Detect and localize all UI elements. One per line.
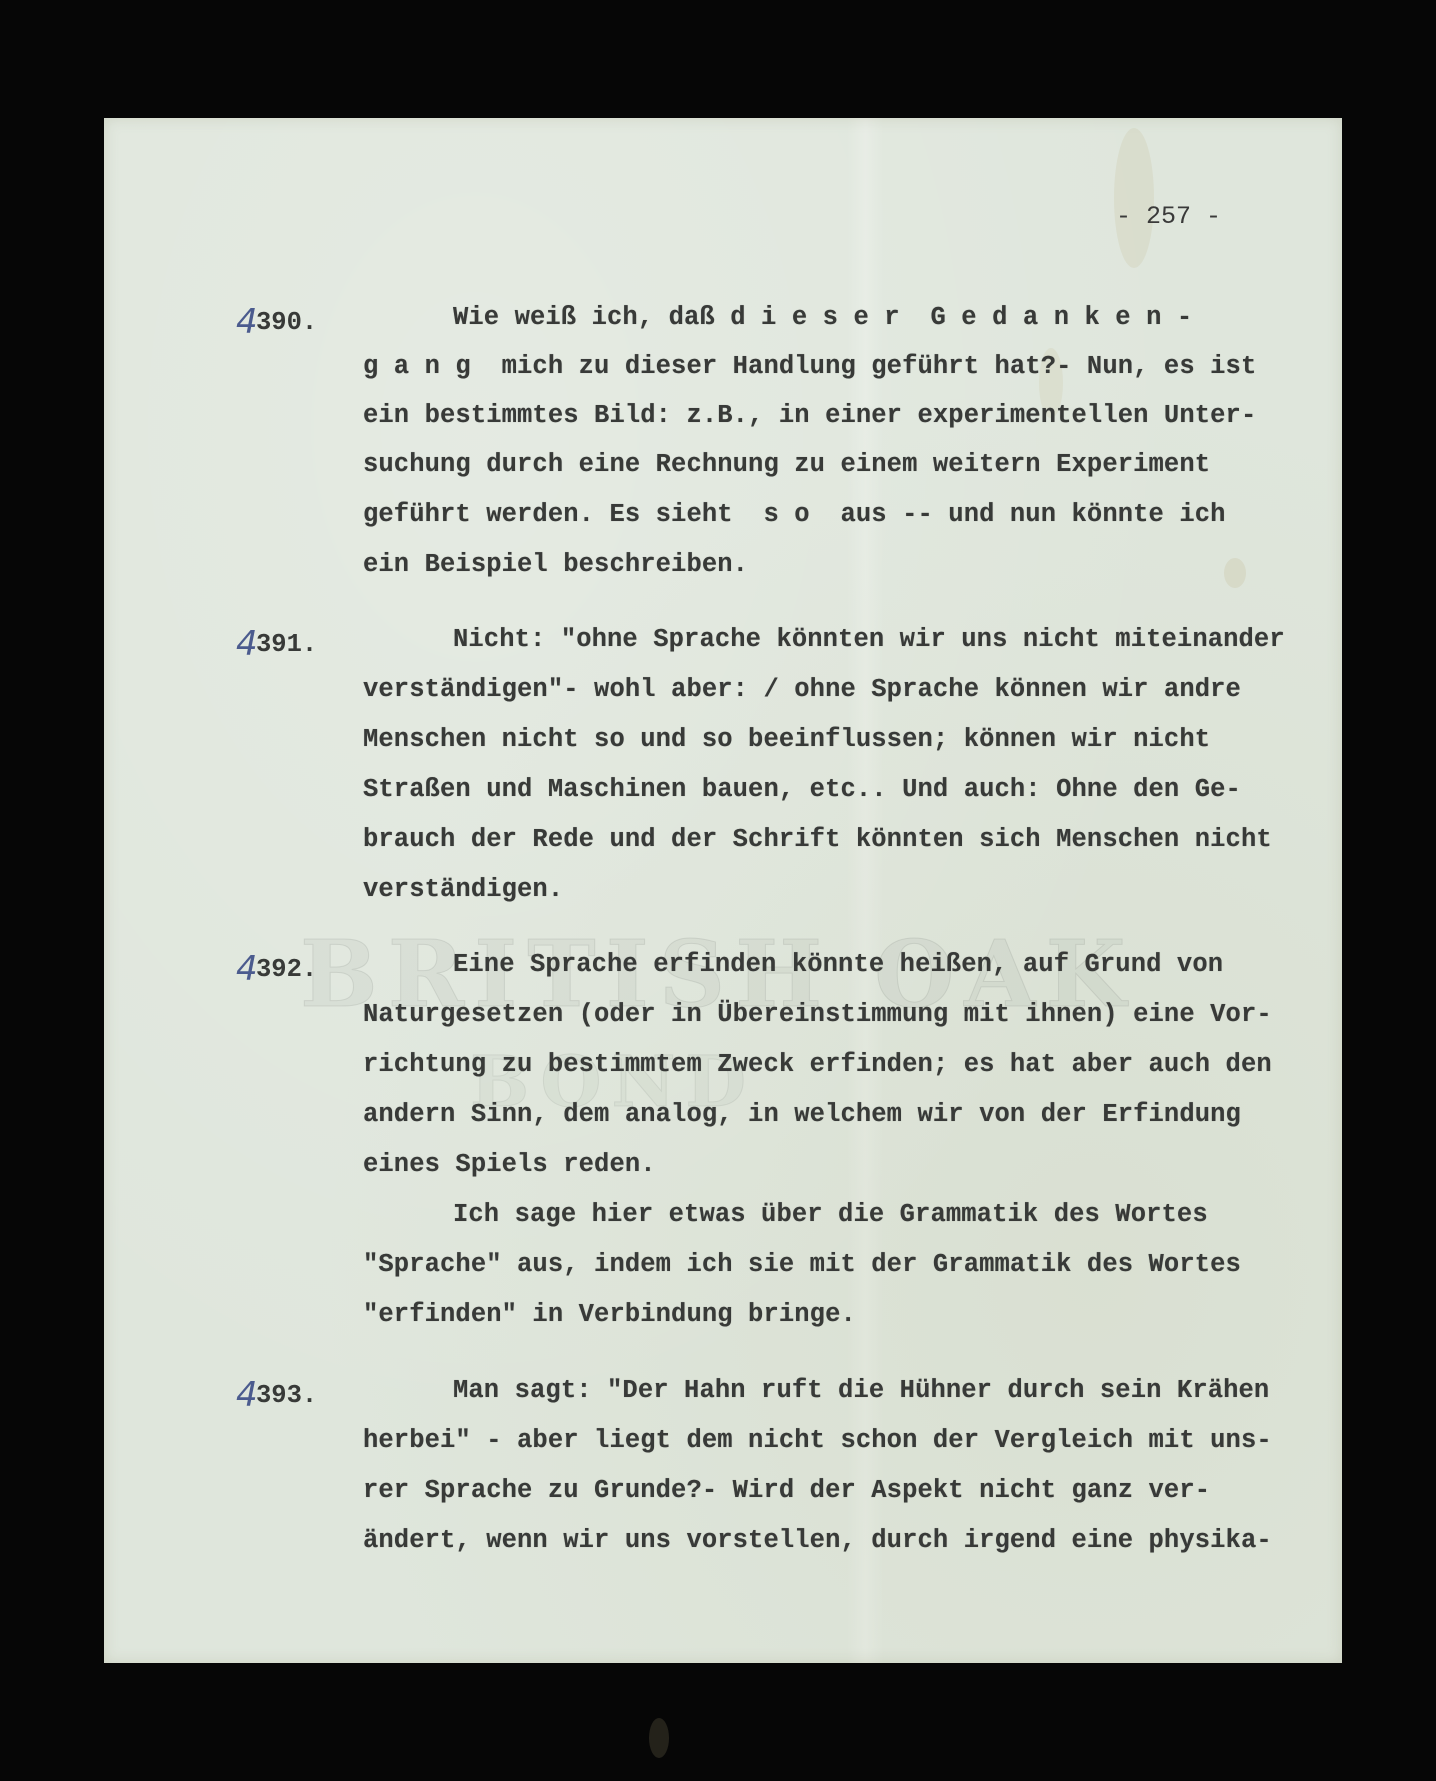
text-line: ein Beispiel beschreiben. (363, 550, 748, 580)
text-line: "Sprache" aus, indem ich sie mit der Gra… (363, 1250, 1241, 1280)
text-line: Ich sage hier etwas über die Grammatik d… (453, 1200, 1208, 1230)
page-number: - 257 - (1116, 202, 1221, 231)
text-line: suchung durch eine Rechnung zu einem wei… (363, 450, 1210, 480)
text-line: Eine Sprache erfinden könnte heißen, auf… (453, 950, 1223, 980)
text-line: richtung zu bestimmtem Zweck erfinden; e… (363, 1050, 1272, 1080)
handwritten-correction: 4 (236, 307, 256, 337)
text-line: eines Spiels reden. (363, 1150, 656, 1180)
text-line: ein bestimmtes Bild: z.B., in einer expe… (363, 401, 1256, 431)
section-number: 4392. (236, 950, 317, 985)
text-line: Wie weiß ich, daß d i e s e r G e d a n … (453, 303, 1192, 333)
typed-number: 390. (256, 308, 317, 337)
typed-number: 392. (256, 955, 317, 984)
typed-number: 393. (256, 1381, 317, 1410)
text-line: geführt werden. Es sieht s o aus -- und … (363, 500, 1226, 530)
text-line: rer Sprache zu Grunde?- Wird der Aspekt … (363, 1476, 1210, 1506)
paper-stain (1114, 128, 1154, 268)
section-number: 4393. (236, 1376, 317, 1411)
handwritten-correction: 4 (236, 1380, 256, 1410)
text-line: herbei" - aber liegt dem nicht schon der… (363, 1426, 1272, 1456)
text-line: Man sagt: "Der Hahn ruft die Hühner durc… (453, 1376, 1269, 1406)
section-number: 4390. (236, 303, 317, 338)
text-line: Naturgesetzen (oder in Übereinstimmung m… (363, 1000, 1272, 1030)
section-number: 4391. (236, 625, 317, 660)
text-line: g a n g mich zu dieser Handlung geführt … (363, 352, 1256, 382)
handwritten-correction: 4 (236, 954, 256, 984)
text-line: brauch der Rede und der Schrift könnten … (363, 825, 1272, 855)
handwritten-correction: 4 (236, 629, 256, 659)
text-line: verständigen"- wohl aber: / ohne Sprache… (363, 675, 1241, 705)
paper-stain (649, 1718, 669, 1758)
text-line: Straßen und Maschinen bauen, etc.. Und a… (363, 775, 1241, 805)
text-line: andern Sinn, dem analog, in welchem wir … (363, 1100, 1241, 1130)
text-line: Nicht: "ohne Sprache könnten wir uns nic… (453, 625, 1285, 655)
text-line: Menschen nicht so und so beeinflussen; k… (363, 725, 1210, 755)
paper-stain (1224, 558, 1246, 588)
text-line: verständigen. (363, 875, 563, 905)
typed-number: 391. (256, 630, 317, 659)
text-line: "erfinden" in Verbindung bringe. (363, 1300, 856, 1330)
text-line: ändert, wenn wir uns vorstellen, durch i… (363, 1526, 1272, 1556)
